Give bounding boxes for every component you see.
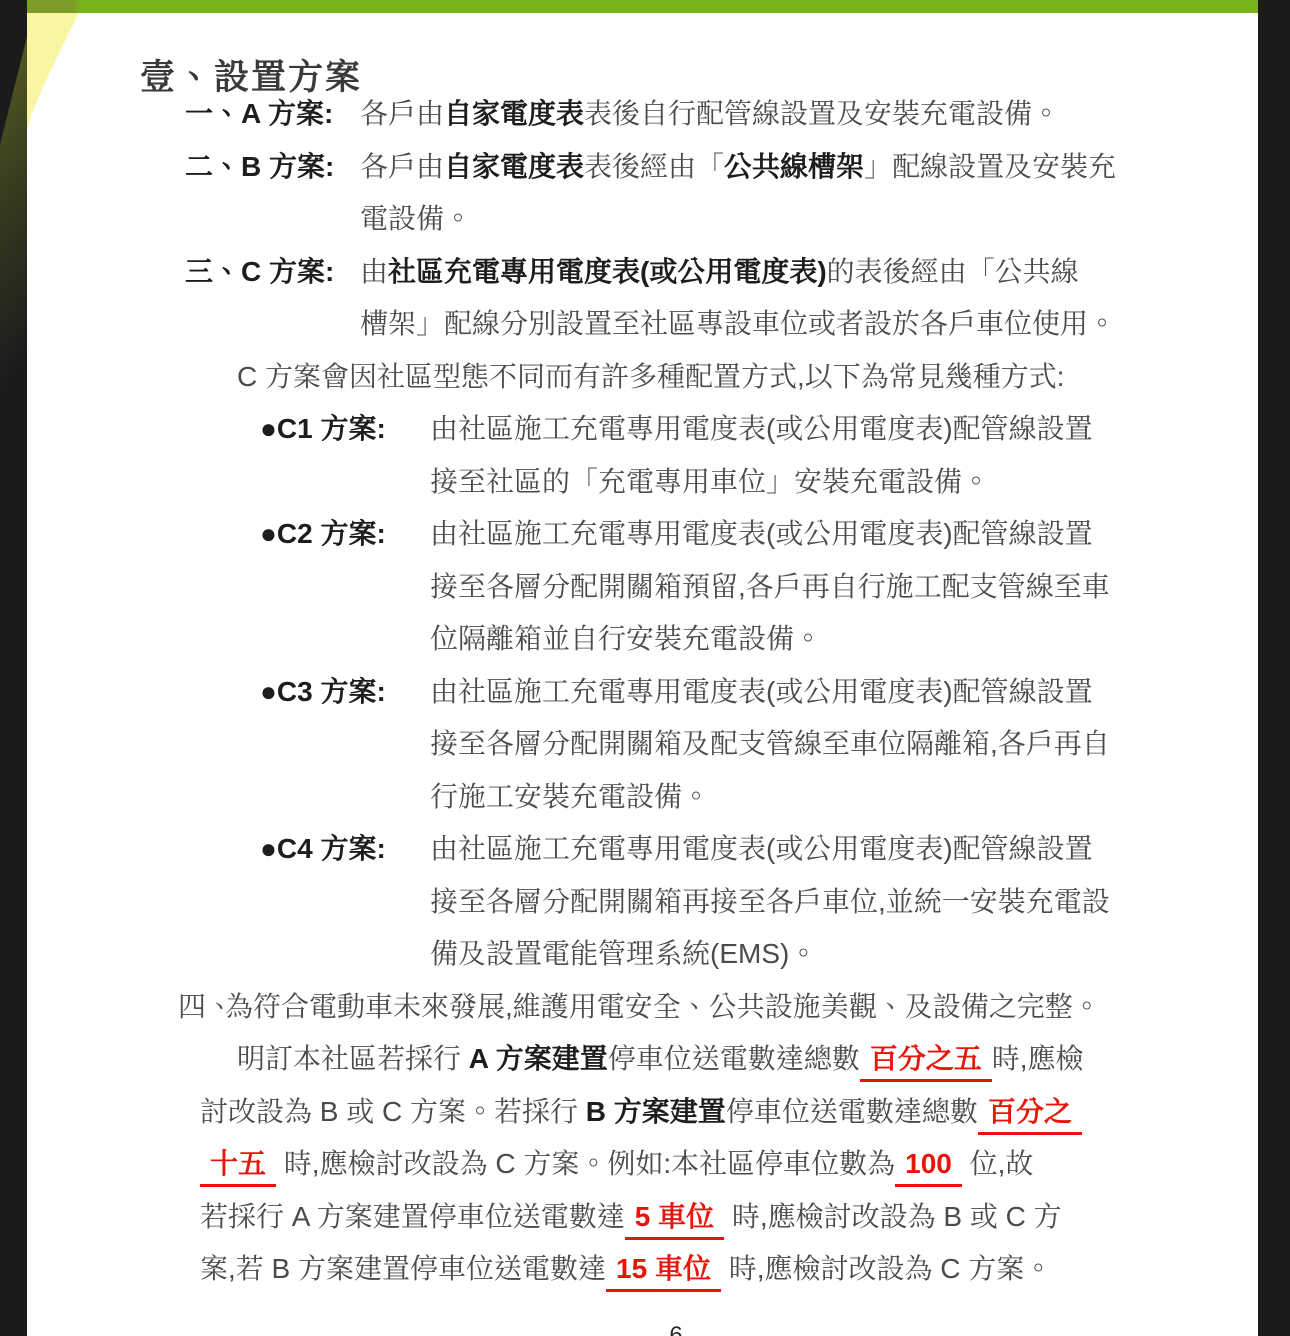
highlight-red: 15 車位 — [606, 1249, 721, 1292]
top-green-bar — [27, 0, 1258, 13]
text-line: ●C3 方案:由社區施工充電專用電度表(或公用電度表)配管線設置 — [27, 666, 1258, 719]
text-segment: 行施工安裝充電設備。 — [430, 781, 710, 812]
text-segment: 各戶由 — [360, 98, 444, 129]
document-lines: 一、A 方案:各戶由自家電度表表後自行配管線設置及安裝充電設備。二、B 方案:各… — [27, 88, 1258, 1296]
text-segment: 接至各層分配開關箱及配支管線至車位隔離箱,各戶再自 — [430, 728, 1110, 759]
bold-segment: ●C3 方案: — [260, 666, 430, 719]
text-line: C 方案會因社區型態不同而有許多種配置方式,以下為常見幾種方式: — [27, 351, 1258, 404]
text-segment: 由社區施工充電專用電度表(或公用電度表)配管線設置 — [430, 413, 1093, 444]
text-segment: 的表後經由「公共線 — [827, 256, 1079, 287]
bold-segment: 自家電度表 — [444, 151, 584, 182]
text-segment: 若採行 A 方案建置停車位送電數達 — [200, 1201, 625, 1232]
text-line: 案,若 B 方案建置停車位送電數達15 車位 時,應檢討改設為 C 方案。 — [27, 1243, 1258, 1296]
left-black-frame — [0, 0, 27, 1336]
text-segment: 時,應檢討改設為 C 方案。 — [721, 1253, 1052, 1284]
text-segment: 討改設為 B 或 C 方案。若採行 — [200, 1096, 586, 1127]
text-segment: 由社區施工充電專用電度表(或公用電度表)配管線設置 — [430, 676, 1093, 707]
text-line: 若採行 A 方案建置停車位送電數達5 車位 時,應檢討改設為 B 或 C 方 — [27, 1191, 1258, 1244]
text-line: ●C4 方案:由社區施工充電專用電度表(或公用電度表)配管線設置 — [27, 823, 1258, 876]
bold-segment: B 方案建置 — [586, 1096, 726, 1127]
text-segment: 位隔離箱並自行安裝充電設備。 — [430, 623, 822, 654]
document-page: 壹、設置方案 一、A 方案:各戶由自家電度表表後自行配管線設置及安裝充電設備。二… — [0, 0, 1290, 1336]
text-line: ●C2 方案:由社區施工充電專用電度表(或公用電度表)配管線設置 — [27, 508, 1258, 561]
text-line: 接至各層分配開關箱再接至各戶車位,並統一安裝充電設 — [27, 876, 1258, 929]
text-segment: 接至社區的「充電專用車位」安裝充電設備。 — [430, 466, 990, 497]
text-segment: 接至各層分配開關箱再接至各戶車位,並統一安裝充電設 — [430, 886, 1110, 917]
text-segment: 停車位送電數達總數 — [726, 1096, 978, 1127]
bold-segment: ●C2 方案: — [260, 508, 430, 561]
text-segment: 由社區施工充電專用電度表(或公用電度表)配管線設置 — [430, 833, 1093, 864]
text-line: 接至社區的「充電專用車位」安裝充電設備。 — [27, 456, 1258, 509]
text-line: 明訂本社區若採行 A 方案建置停車位送電數達總數百分之五時,應檢 — [27, 1033, 1258, 1086]
highlight-red: 十五 — [200, 1144, 276, 1187]
text-segment: 位,故 — [962, 1148, 1034, 1179]
text-segment: 槽架」配線分別設置至社區專設車位或者設於各戶車位使用。 — [360, 308, 1116, 339]
text-segment: 為符合電動車未來發展,維護用電安全、公共設施美觀、及設備之完整。 — [225, 991, 1101, 1022]
content-sheet: 壹、設置方案 一、A 方案:各戶由自家電度表表後自行配管線設置及安裝充電設備。二… — [27, 0, 1258, 1336]
text-line: 二、B 方案:各戶由自家電度表表後經由「公共線槽架」配線設置及安裝充 — [27, 141, 1258, 194]
text-segment: 各戶由 — [360, 151, 444, 182]
text-segment: 四、 — [178, 981, 225, 1034]
text-line: 十五 時,應檢討改設為 C 方案。例如:本社區停車位數為100 位,故 — [27, 1138, 1258, 1191]
text-line: 位隔離箱並自行安裝充電設備。 — [27, 613, 1258, 666]
bold-segment: ●C4 方案: — [260, 823, 430, 876]
text-line: 接至各層分配開關箱預留,各戶再自行施工配支管線至車 — [27, 561, 1258, 614]
bold-segment: 自家電度表 — [444, 98, 584, 129]
text-line: 一、A 方案:各戶由自家電度表表後自行配管線設置及安裝充電設備。 — [27, 88, 1258, 141]
text-segment: 」配線設置及安裝充 — [864, 151, 1116, 182]
page-number: 6 — [661, 1322, 691, 1336]
bold-segment: 三、C 方案: — [185, 246, 360, 299]
text-line: 討改設為 B 或 C 方案。若採行 B 方案建置停車位送電數達總數百分之 — [27, 1086, 1258, 1139]
text-segment: 由 — [360, 256, 388, 287]
text-line: 電設備。 — [27, 193, 1258, 246]
text-segment: 表後經由「 — [584, 151, 724, 182]
right-black-frame — [1258, 0, 1290, 1336]
text-segment: 停車位送電數達總數 — [608, 1043, 860, 1074]
text-line: 接至各層分配開關箱及配支管線至車位隔離箱,各戶再自 — [27, 718, 1258, 771]
bold-segment: 二、B 方案: — [185, 141, 360, 194]
text-segment: 表後自行配管線設置及安裝充電設備。 — [584, 98, 1060, 129]
text-line: 槽架」配線分別設置至社區專設車位或者設於各戶車位使用。 — [27, 298, 1258, 351]
text-segment: 時,應檢討改設為 B 或 C 方 — [724, 1201, 1062, 1232]
olive-streak-decoration — [0, 0, 27, 580]
bold-segment: A 方案建置 — [469, 1043, 608, 1074]
highlight-red: 百分之五 — [860, 1039, 992, 1082]
text-segment: 備及設置電能管理系統(EMS)。 — [430, 938, 817, 969]
bold-segment: 公共線槽架 — [724, 151, 864, 182]
text-segment: 時,應檢 — [992, 1043, 1084, 1074]
highlight-red: 100 — [895, 1144, 962, 1187]
highlight-red: 5 車位 — [625, 1197, 724, 1240]
text-segment: 時,應檢討改設為 C 方案。例如:本社區停車位數為 — [276, 1148, 895, 1179]
text-line: 四、為符合電動車未來發展,維護用電安全、公共設施美觀、及設備之完整。 — [27, 981, 1258, 1034]
text-segment: 案,若 B 方案建置停車位送電數達 — [200, 1253, 606, 1284]
text-line: 三、C 方案:由社區充電專用電度表(或公用電度表)的表後經由「公共線 — [27, 246, 1258, 299]
text-segment: 電設備。 — [360, 203, 472, 234]
text-line: 備及設置電能管理系統(EMS)。 — [27, 928, 1258, 981]
text-segment: 由社區施工充電專用電度表(或公用電度表)配管線設置 — [430, 518, 1093, 549]
highlight-red: 百分之 — [978, 1092, 1082, 1135]
text-line: 行施工安裝充電設備。 — [27, 771, 1258, 824]
text-line: ●C1 方案:由社區施工充電專用電度表(或公用電度表)配管線設置 — [27, 403, 1258, 456]
text-segment: 接至各層分配開關箱預留,各戶再自行施工配支管線至車 — [430, 571, 1110, 602]
bold-segment: ●C1 方案: — [260, 403, 430, 456]
text-segment: 明訂本社區若採行 — [237, 1043, 469, 1074]
bold-segment: 一、A 方案: — [185, 88, 360, 141]
text-segment: C 方案會因社區型態不同而有許多種配置方式,以下為常見幾種方式: — [237, 361, 1065, 392]
bold-segment: 社區充電專用電度表(或公用電度表) — [388, 256, 827, 287]
